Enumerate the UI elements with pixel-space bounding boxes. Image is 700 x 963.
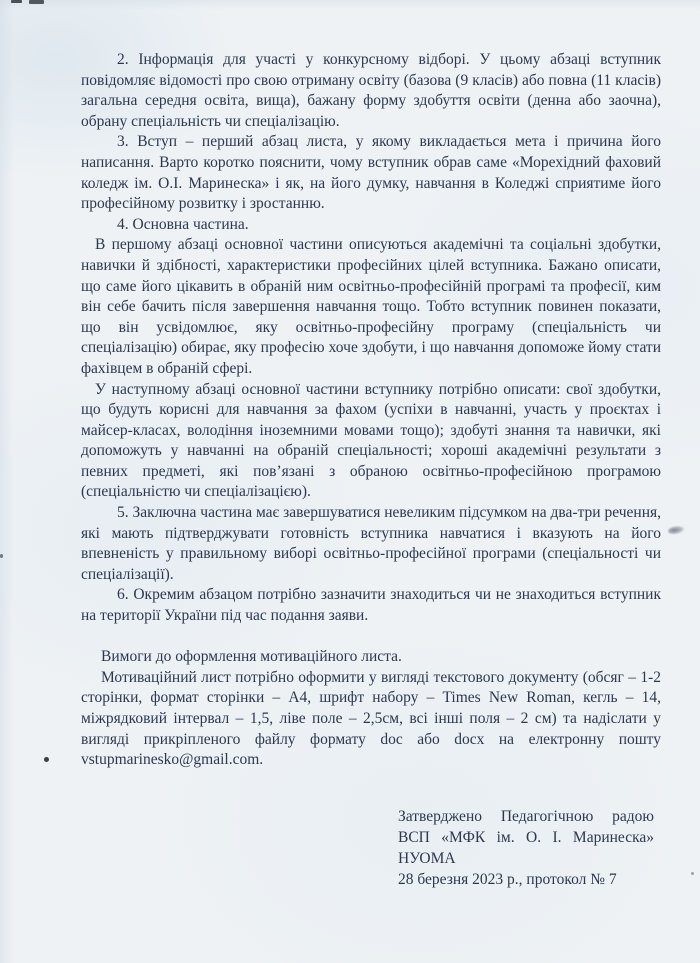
scan-artifact-top-dash-2 — [29, 0, 44, 4]
paragraph-info-competition: 2. Інформація для участі у конкурсному в… — [81, 50, 661, 132]
requirements-paragraph: Мотиваційний лист потрібно оформити у ви… — [81, 668, 661, 771]
paragraph-main-part-first: В першому абзаці основної частини описую… — [81, 235, 661, 379]
approval-line-university: НУОМА — [398, 848, 654, 869]
scan-artifact-ink-dot — [44, 757, 49, 762]
scan-artifact-right-dot — [691, 872, 694, 875]
paragraph-main-part-second: У наступному абзаці основної частини вст… — [81, 380, 661, 504]
approval-line-date-protocol: 28 березня 2023 р., протокол № 7 — [398, 869, 654, 890]
scan-artifact-top-dash-1 — [11, 0, 22, 3]
scan-artifact-edge-dot — [0, 554, 3, 558]
letter-instructions-body: 2. Інформація для участі у конкурсному в… — [81, 50, 661, 771]
requirements-heading: Вимоги до оформлення мотиваційного листа… — [81, 647, 661, 668]
approval-block: Затверджено Педагогічною радою ВСП «МФК … — [398, 806, 654, 890]
paragraph-main-part-heading: 4. Основна частина. — [81, 215, 661, 236]
paragraph-introduction: 3. Вступ – перший абзац листа, у якому в… — [81, 132, 661, 214]
scanned-document-page: { "colors": { "paper": "#eef2f5", "ink":… — [0, 0, 700, 963]
approval-line-approved-by: Затверджено Педагогічною радою — [398, 806, 654, 827]
paragraph-location-statement: 6. Окремим абзацом потрібно зазначити зн… — [81, 585, 661, 626]
approval-line-college-name: ВСП «МФК ім. О. І. Маринеска» — [398, 827, 654, 848]
scan-artifact-smudge — [668, 525, 685, 535]
paragraph-conclusion: 5. Заключна частина має завершуватися не… — [81, 503, 661, 585]
